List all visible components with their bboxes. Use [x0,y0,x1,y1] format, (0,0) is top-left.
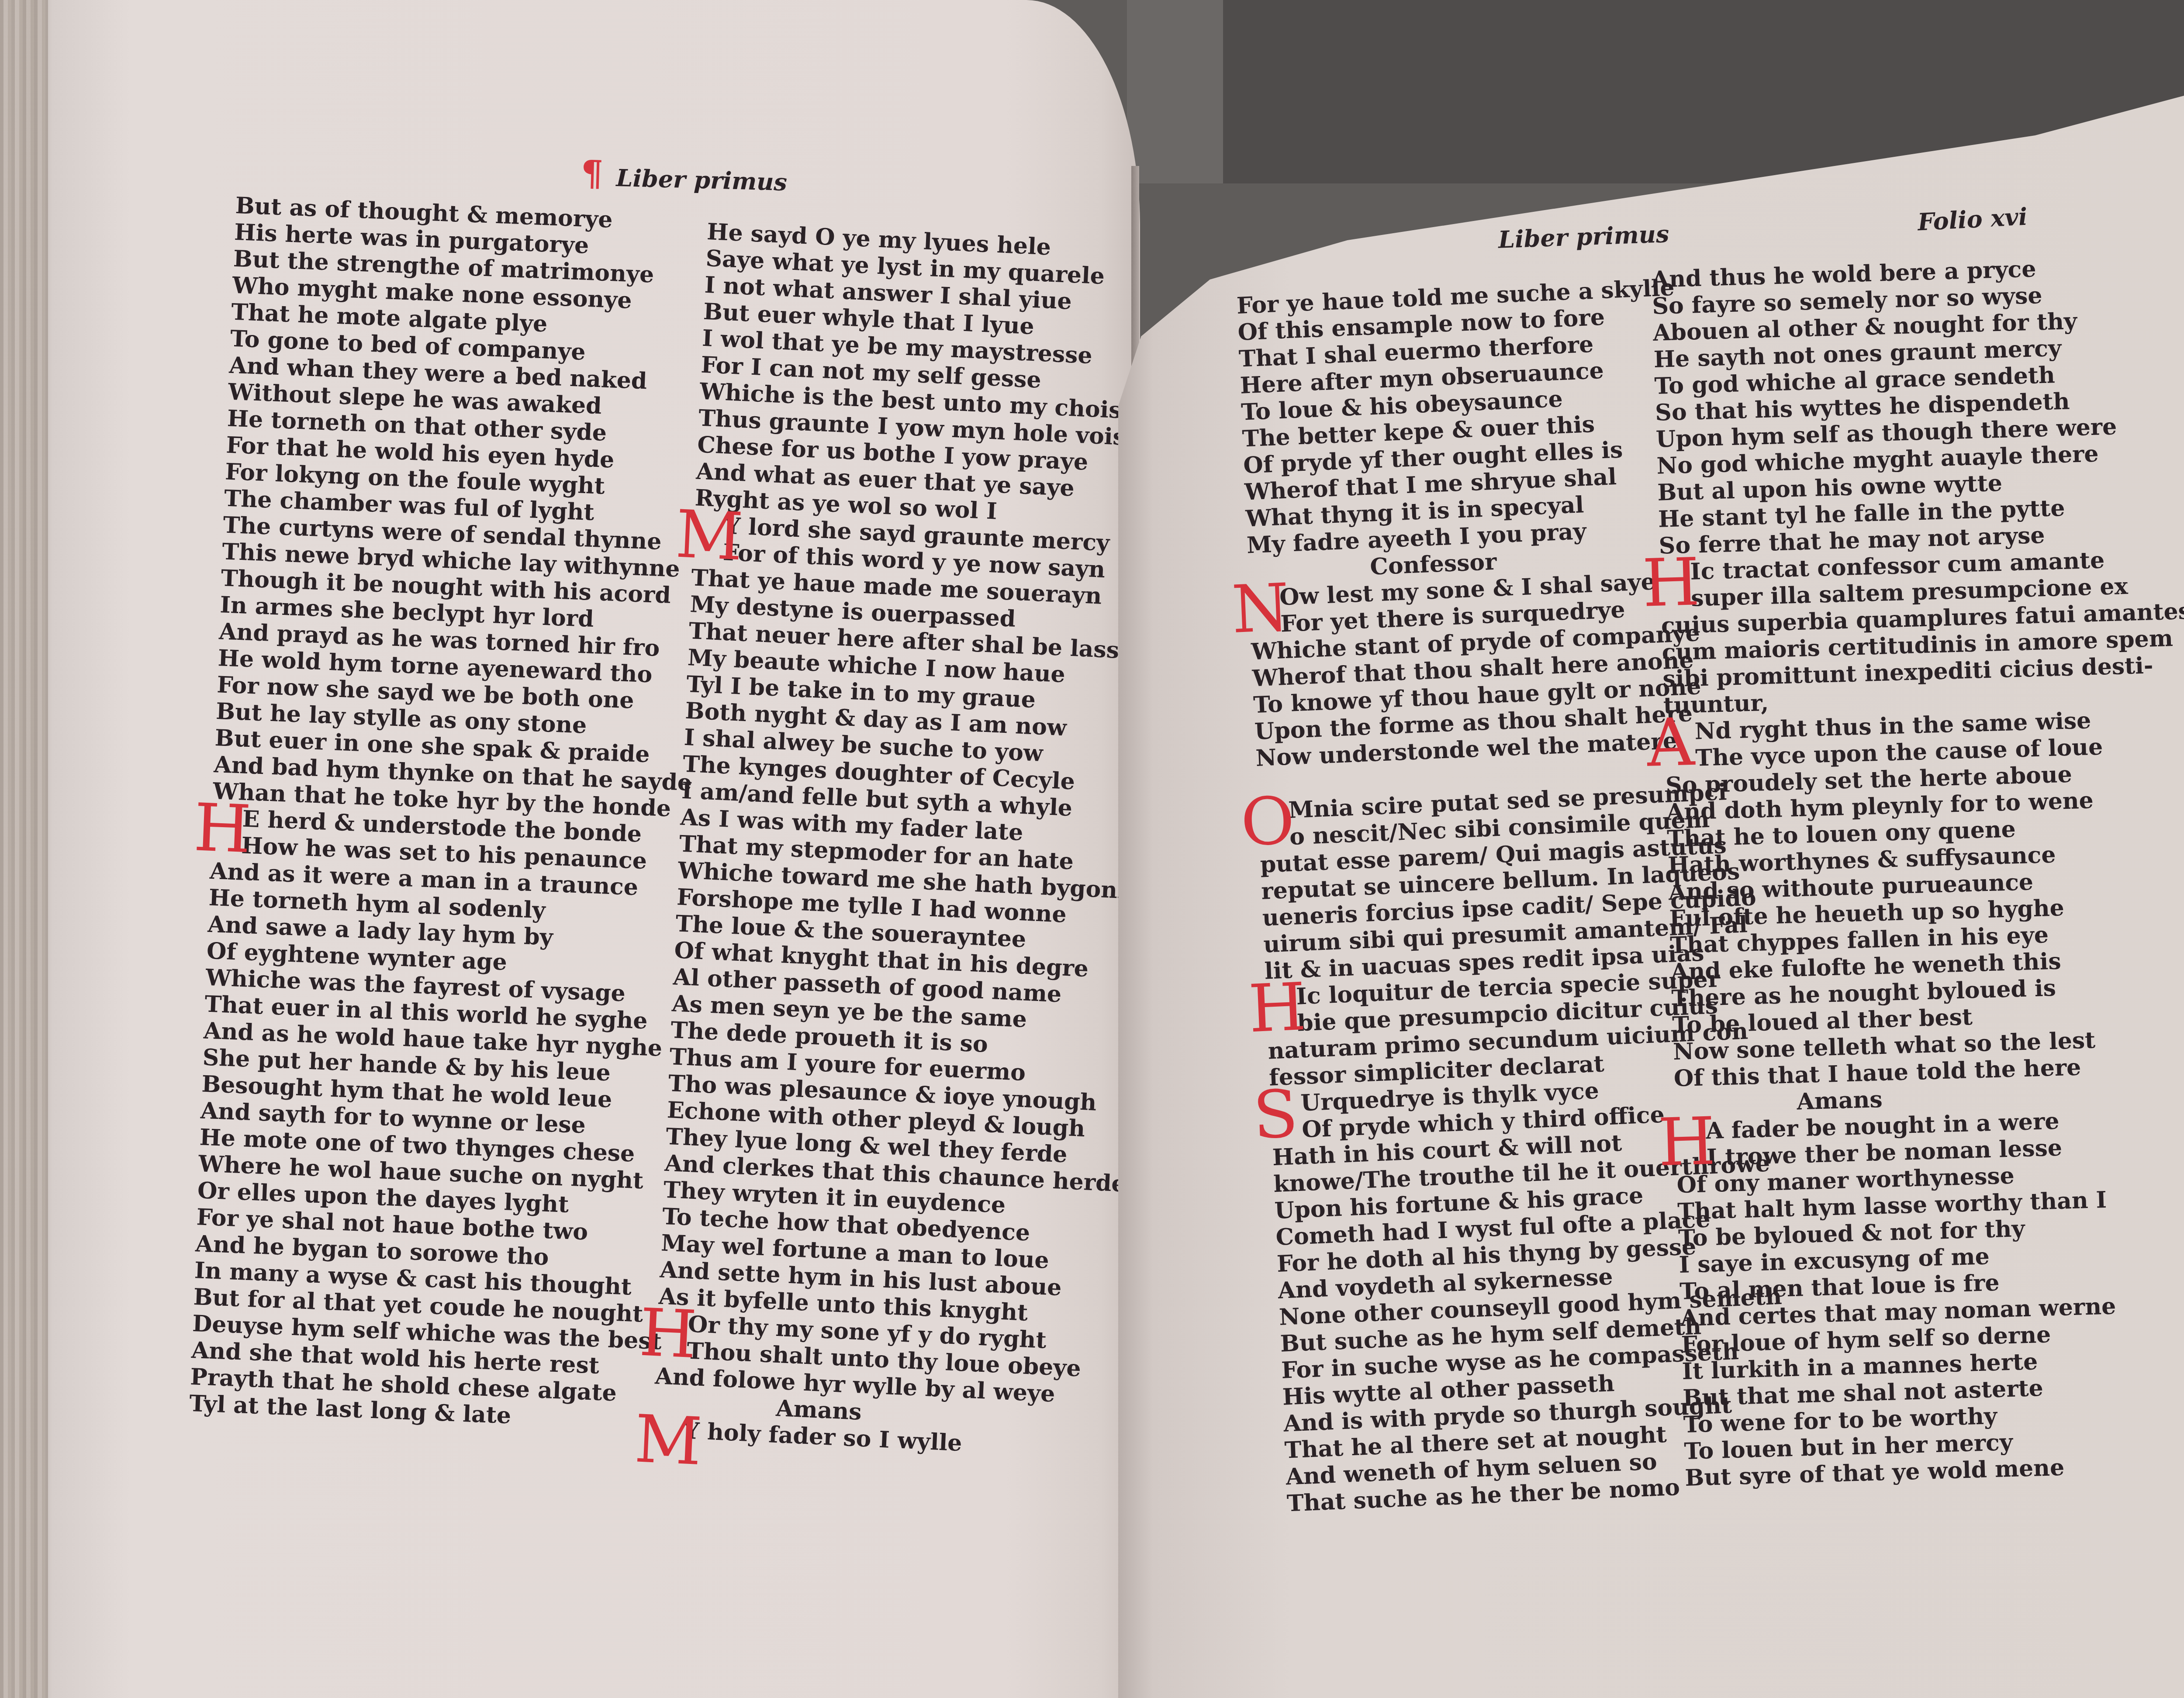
left-page: ¶Liber primus But as of thought & memory… [0,0,1140,1698]
right-page-column-2: And thus he wold bere a pryceSo fayre so… [1651,252,2184,1491]
rubricated-initial: H [193,795,252,863]
folio-number: Folio xvi [1917,202,2028,236]
rubricated-initial: H [638,1300,698,1368]
rubricated-initial: N [1230,575,1290,643]
left-page-column-1: But as of thought & memoryeHis herte was… [189,192,714,1435]
rubricated-initial: A [1646,710,1695,777]
left-page-column-2: He sayd O ye my lyues heleSaye what ye l… [652,218,1178,1464]
running-title: Liber primus [616,164,788,196]
rubricated-initial: O [1240,788,1296,856]
background-panel [1127,0,1223,183]
pilcrow-mark: ¶ [581,152,604,194]
right-running-header: Liber primus [1498,220,1669,254]
left-running-header: ¶Liber primus [581,152,788,199]
rubricated-initial: S [1252,1081,1299,1149]
rubricated-initial: H [1657,1109,1716,1176]
page-edges [0,0,48,1698]
rubricated-initial: M [674,502,744,570]
rubricated-initial: M [633,1406,703,1475]
rubricated-initial: H [1248,974,1307,1042]
right-page: Liber primus Folio xvi For ye haue told … [1118,74,2184,1698]
rubricated-initial: H [1641,549,1700,617]
